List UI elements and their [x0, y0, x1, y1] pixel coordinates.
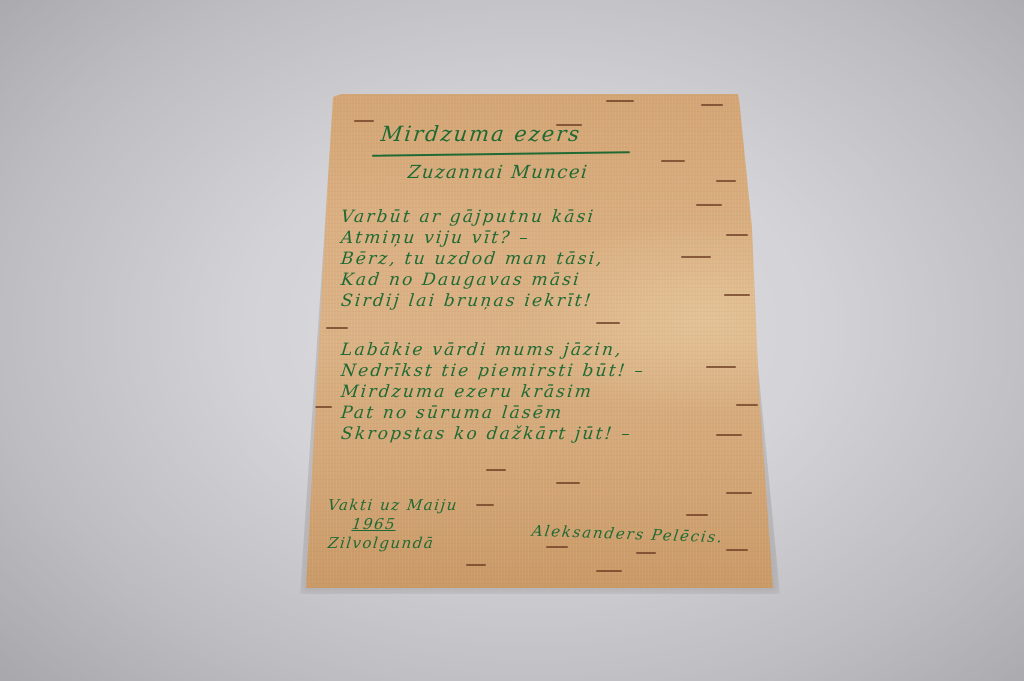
date-line: Vakti uz Maiju — [327, 496, 459, 515]
verse-line: Pat no sūruma lāsēm — [340, 403, 646, 424]
bark-lenticel — [326, 327, 348, 329]
bark-lenticel — [546, 546, 568, 548]
place: Zilvolgundā — [327, 534, 459, 553]
bark-lenticel — [716, 434, 742, 436]
bark-lenticel — [724, 294, 750, 296]
bark-lenticel — [661, 160, 685, 162]
bark-lenticel — [636, 552, 656, 554]
stanza-1: Varbūt ar gājputnu kāsi Atmiņu viju vīt?… — [341, 207, 604, 312]
verse-line: Skropstas ko dažkārt jūt! – — [340, 424, 646, 445]
bark-lenticel — [476, 504, 494, 506]
verse-line: Atmiņu viju vīt? – — [340, 228, 605, 249]
bark-lenticel — [736, 404, 758, 406]
bark-lenticel — [716, 180, 736, 182]
bark-lenticel — [726, 234, 748, 236]
bark-lenticel — [596, 322, 620, 324]
bark-lenticel — [486, 469, 506, 471]
bark-lenticel — [466, 564, 486, 566]
stanza-2: Labākie vārdi mums jāzin, Nedrīkst tie p… — [341, 340, 645, 445]
poem-title: Mirdzuma ezers — [380, 122, 583, 146]
poem-dedication: Zuzannai Muncei — [407, 162, 590, 183]
bark-lenticel — [706, 366, 736, 368]
bark-lenticel — [354, 120, 374, 122]
bark-lenticel — [726, 549, 748, 551]
verse-line: Mirdzuma ezeru krāsim — [340, 382, 646, 403]
verse-line: Varbūt ar gājputnu kāsi — [340, 207, 605, 228]
birch-bark-card: Mirdzuma ezers Zuzannai Muncei Varbūt ar… — [306, 94, 773, 588]
verse-line: Sirdij lai bruņas iekrīt! — [340, 291, 605, 312]
verse-line: Nedrīkst tie piemirsti būt! – — [340, 361, 646, 382]
bark-lenticel — [726, 492, 752, 494]
bark-lenticel — [686, 514, 708, 516]
verse-line: Kad no Daugavas māsi — [340, 270, 605, 291]
bark-lenticel — [696, 204, 722, 206]
year: 1965 — [327, 515, 459, 534]
bark-lenticel — [556, 482, 580, 484]
bark-lenticel — [701, 104, 723, 106]
bark-lenticel — [681, 256, 711, 258]
bark-lenticel — [606, 100, 634, 102]
poem-date-place: Vakti uz Maiju 1965 Zilvolgundā — [328, 496, 458, 553]
bark-lenticel — [314, 406, 332, 408]
verse-line: Labākie vārdi mums jāzin, — [340, 340, 646, 361]
verse-line: Bērz, tu uzdod man tāsi, — [340, 249, 605, 270]
bark-lenticel — [596, 570, 622, 572]
